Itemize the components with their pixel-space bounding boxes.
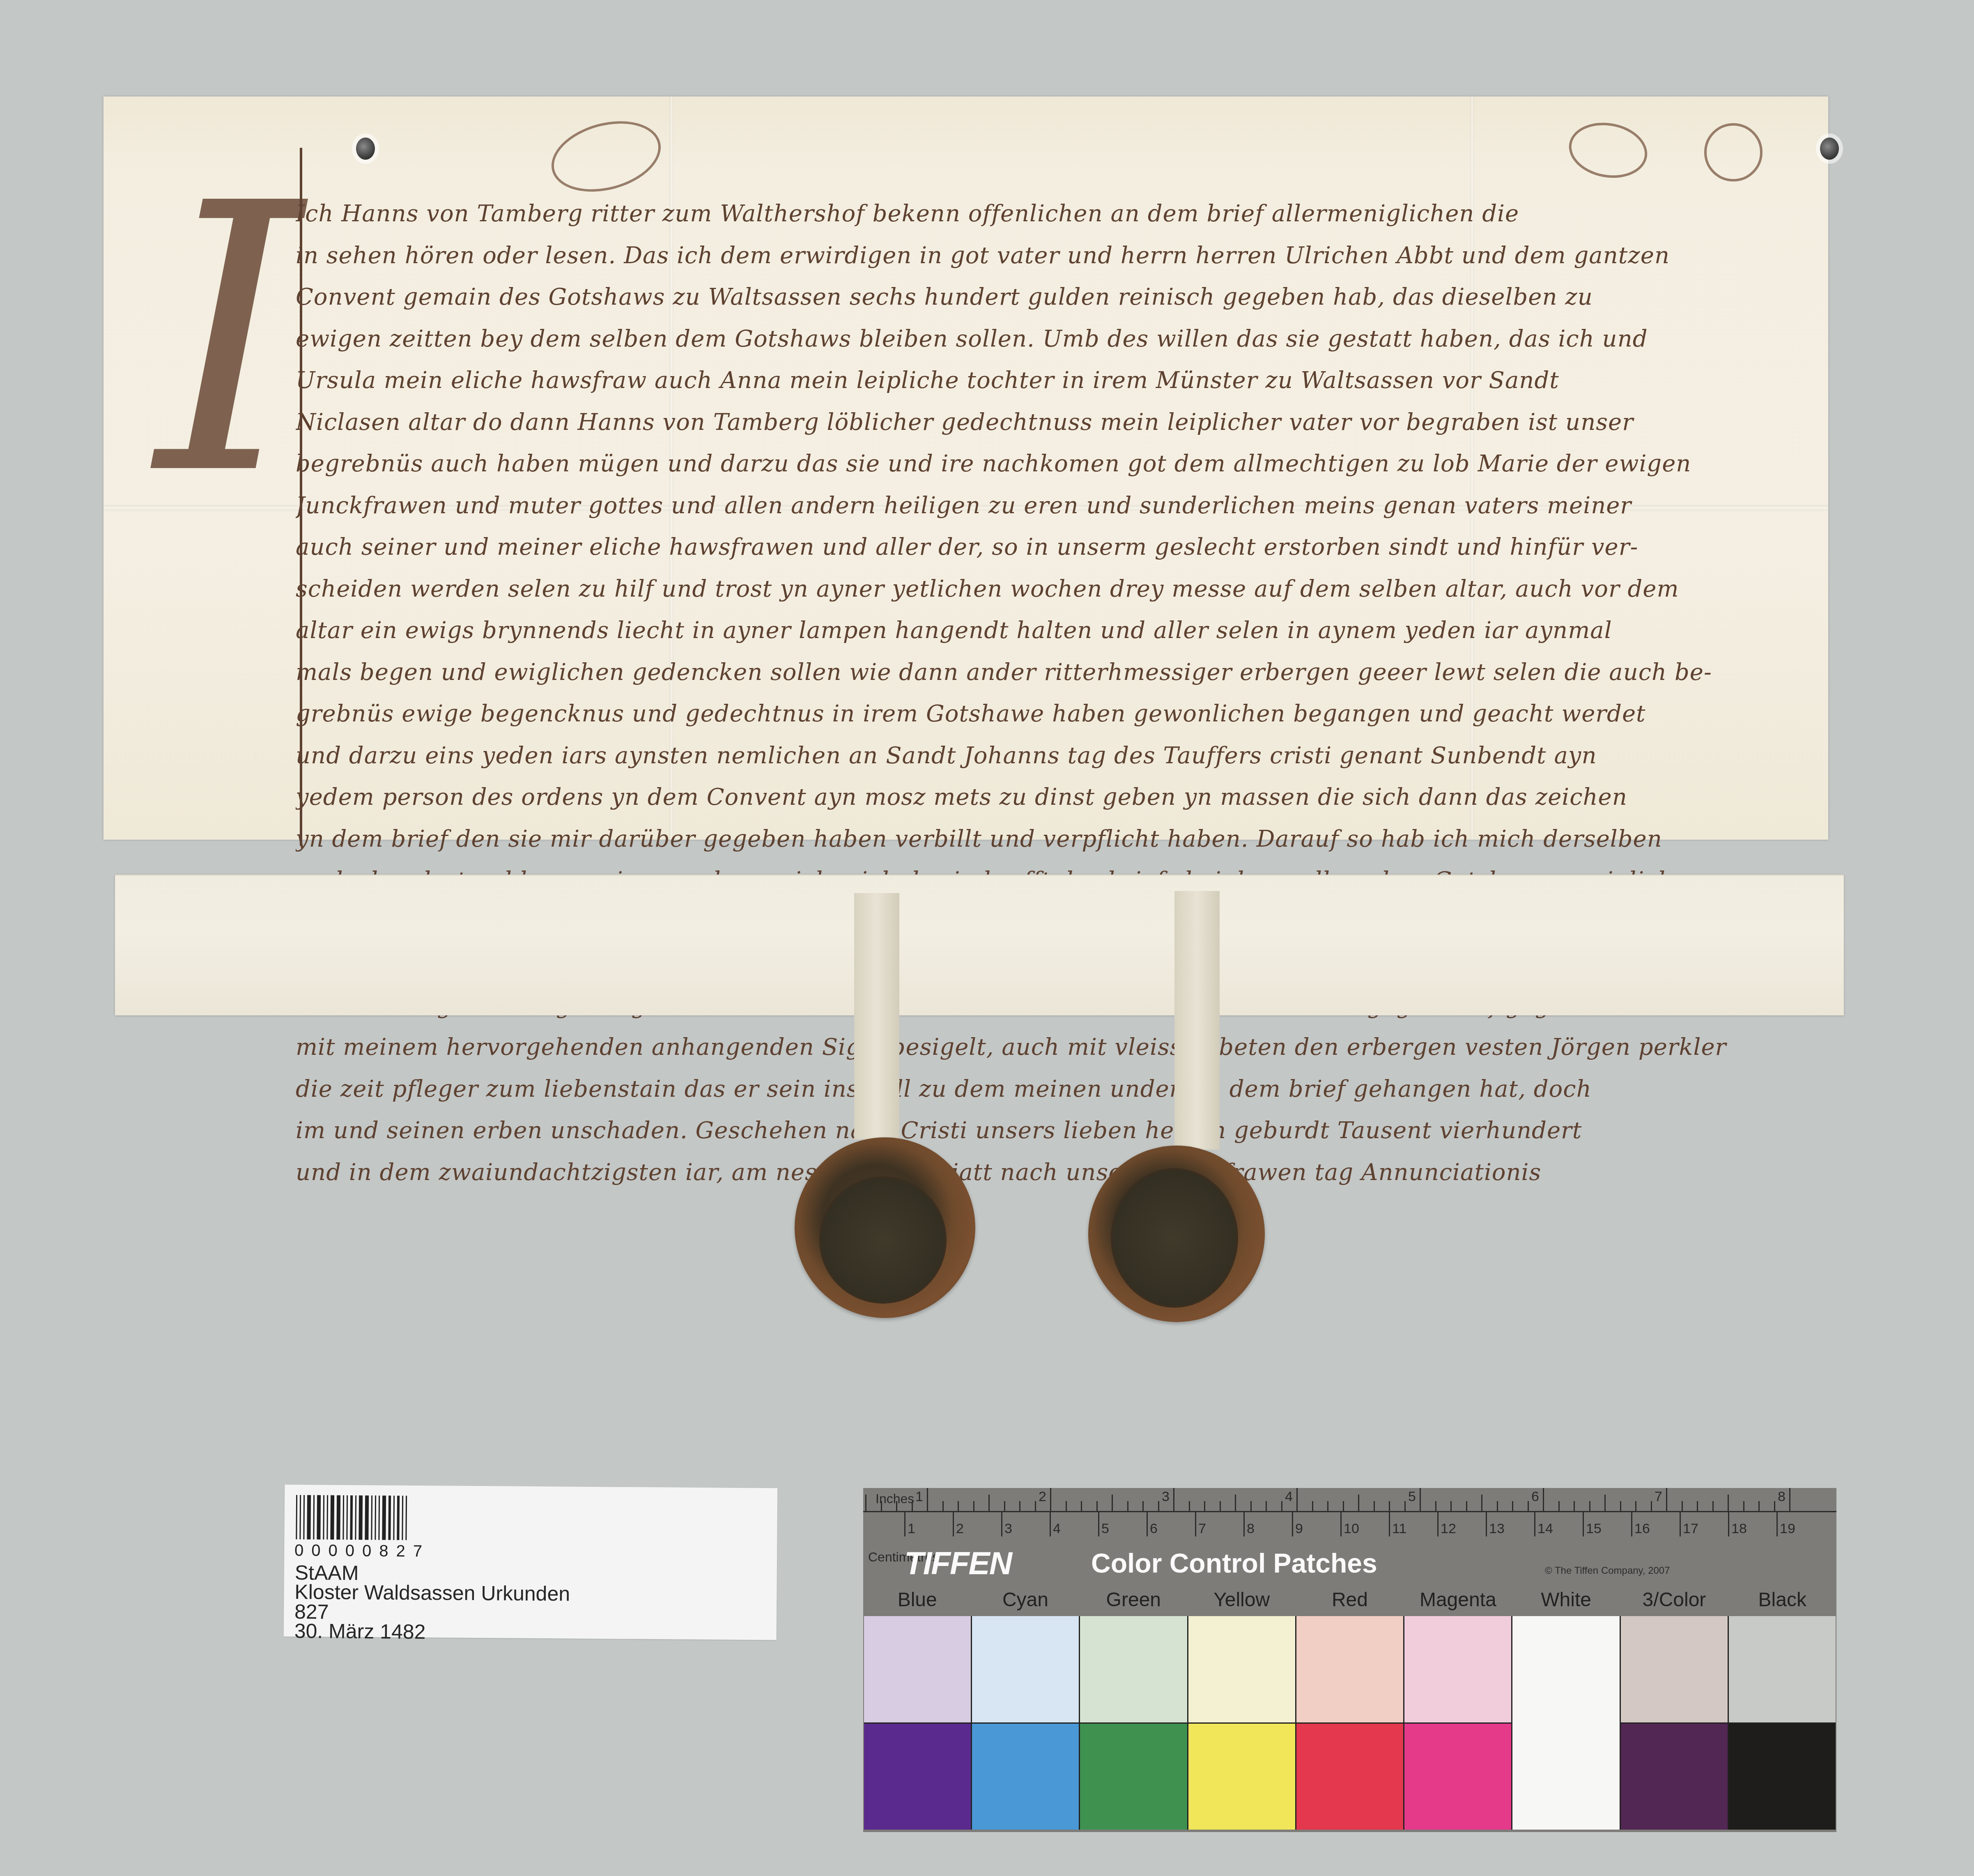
inch-tick [1789, 1488, 1790, 1511]
cm-tick [953, 1512, 954, 1536]
patch-column-red [1296, 1616, 1404, 1830]
cm-tick [1534, 1512, 1535, 1536]
patch-light [1512, 1616, 1619, 1830]
inch-tick-label: 8 [1778, 1489, 1786, 1505]
cm-tick-label: 15 [1586, 1521, 1602, 1537]
inch-tick [927, 1488, 928, 1511]
cm-tick [1243, 1512, 1245, 1536]
cm-tick-label: 19 [1780, 1521, 1795, 1537]
inch-tick [1358, 1495, 1359, 1511]
inch-tick [942, 1501, 944, 1511]
inch-tick [912, 1501, 913, 1511]
patch-column-white [1512, 1616, 1620, 1830]
patch-label-green: Green [1080, 1589, 1188, 1613]
seal-impression [819, 1176, 947, 1304]
cm-tick [1292, 1512, 1293, 1536]
ruler-baseline [863, 1511, 1836, 1512]
cm-tick [1340, 1512, 1342, 1536]
chart-title: Color Control Patches [1091, 1548, 1377, 1579]
inch-tick [1127, 1501, 1128, 1511]
patch-labels: BlueCyanGreenYellowRedMagentaWhite3/Colo… [863, 1589, 1836, 1613]
inch-tick [1296, 1488, 1298, 1511]
seal-tag-right [1174, 891, 1220, 1150]
patch-dark [1188, 1724, 1295, 1830]
cm-tick-label: 8 [1247, 1521, 1255, 1537]
inch-tick [1374, 1501, 1375, 1511]
patch-label-blue: Blue [863, 1589, 971, 1613]
barcode-bar [313, 1495, 315, 1539]
inch-tick [1327, 1501, 1328, 1511]
inch-tick [1758, 1501, 1760, 1511]
barcode-bar [346, 1495, 348, 1540]
cm-tick [1486, 1512, 1487, 1536]
patch-dark [972, 1724, 1079, 1830]
inch-tick [1543, 1488, 1544, 1511]
patch-label-magenta: Magenta [1404, 1589, 1512, 1613]
charter-text-line: und darzu eins yeden iars aynsten nemlic… [296, 735, 1786, 777]
inch-tick [1220, 1501, 1221, 1511]
barcode-bar [323, 1495, 324, 1539]
cm-tick-label: 2 [956, 1521, 964, 1537]
inch-tick [865, 1495, 866, 1511]
charter-text-line: auch seiner und meiner eliche hawsfrawen… [296, 526, 1786, 568]
inch-tick [1589, 1501, 1590, 1511]
cm-tick-label: 9 [1295, 1521, 1303, 1537]
cm-tick [1147, 1512, 1148, 1536]
seal-right [1088, 1146, 1265, 1322]
color-control-chart: Inches 123456781234567891011121314151617… [863, 1488, 1836, 1832]
tiffen-logo: TIFFEN [904, 1545, 1011, 1582]
patch-column-blue [864, 1616, 972, 1830]
cm-tick [1098, 1512, 1099, 1536]
inch-tick [1620, 1501, 1621, 1511]
inch-tick [1235, 1495, 1236, 1511]
cm-tick [1195, 1512, 1196, 1536]
inch-tick [1404, 1501, 1406, 1511]
barcode-number: 00000827 [294, 1541, 430, 1561]
inch-tick [1204, 1501, 1205, 1511]
patch-label-red: Red [1296, 1589, 1404, 1613]
charter-text-line: und in dem zwaiundachtzigsten iar, am ne… [296, 1152, 1786, 1194]
cm-tick-label: 13 [1489, 1521, 1505, 1537]
barcode-bar [303, 1495, 305, 1539]
inch-tick [896, 1501, 897, 1511]
inch-tick-label: 2 [1039, 1489, 1046, 1505]
mounting-pin-icon [356, 138, 375, 160]
inch-tick [1512, 1501, 1513, 1511]
patch-dark [1080, 1724, 1187, 1830]
barcode-bar [371, 1495, 372, 1540]
barcode-bar [299, 1495, 301, 1539]
cm-tick [1631, 1512, 1632, 1536]
barcode-bar [365, 1495, 369, 1540]
cm-tick-label: 12 [1441, 1521, 1456, 1537]
patch-column-3-color [1621, 1616, 1729, 1830]
inch-tick [1774, 1501, 1775, 1511]
inch-tick [973, 1501, 974, 1511]
inch-tick [1728, 1495, 1729, 1511]
seal-left [795, 1137, 975, 1318]
charter-text-line: altar ein ewigs brynnends liecht in ayne… [296, 610, 1786, 652]
patch-column-cyan [972, 1616, 1080, 1830]
patch-dark [1729, 1724, 1836, 1830]
patch-light [1188, 1616, 1295, 1724]
cm-tick-label: 10 [1344, 1521, 1359, 1537]
barcode-bar [393, 1496, 395, 1540]
plica-fold [115, 875, 1844, 1015]
inch-tick [1189, 1501, 1190, 1511]
inch-tick [988, 1495, 990, 1511]
cm-tick [1389, 1512, 1390, 1536]
barcode-bar [405, 1496, 407, 1540]
patch-label-3-color: 3/Color [1620, 1589, 1728, 1613]
inch-tick [1528, 1501, 1529, 1511]
inch-tick [1066, 1501, 1067, 1511]
cm-tick-label: 3 [1004, 1521, 1012, 1537]
barcode-bar [307, 1495, 311, 1539]
decorative-flourish [1704, 123, 1763, 181]
inch-tick [1604, 1495, 1606, 1511]
archive-label: 00000827 StAAM Kloster Waldsassen Urkund… [284, 1485, 778, 1640]
charter-text: Ich Hanns von Tamberg ritter zum Walther… [296, 193, 1786, 1193]
charter-text-line: Convent gemain des Gotshaws zu Waltsasse… [296, 276, 1786, 318]
inch-tick [1651, 1501, 1652, 1511]
illuminated-initial: I [156, 148, 304, 846]
patch-light [1080, 1616, 1187, 1724]
charter-text-line: im und seinen erben unschaden. Geschehen… [296, 1110, 1786, 1152]
inch-tick [1435, 1501, 1436, 1511]
cm-tick-label: 6 [1150, 1521, 1158, 1537]
inch-tick [1019, 1501, 1020, 1511]
cm-tick-label: 4 [1053, 1521, 1061, 1537]
barcode-bar [358, 1495, 363, 1540]
inch-tick [1481, 1495, 1482, 1511]
inch-tick [1497, 1501, 1498, 1511]
color-patches [864, 1616, 1836, 1830]
patch-dark [1296, 1724, 1403, 1830]
inch-tick [1558, 1501, 1560, 1511]
inch-tick [958, 1501, 959, 1511]
inch-tick [1266, 1501, 1267, 1511]
inch-tick [1035, 1501, 1036, 1511]
patch-column-yellow [1188, 1616, 1296, 1830]
inch-tick-label: 4 [1285, 1489, 1293, 1505]
inch-tick [881, 1501, 882, 1511]
cm-tick [1583, 1512, 1584, 1536]
barcode-bar [355, 1495, 356, 1540]
inch-tick-label: 6 [1531, 1489, 1539, 1505]
charter-text-line: in sehen hören oder lesen. Das ich dem e… [296, 235, 1786, 277]
inch-tick [1096, 1501, 1098, 1511]
barcode-bar [378, 1495, 380, 1540]
barcode-bar [350, 1495, 353, 1540]
cm-tick [904, 1512, 905, 1536]
charter-text-line: mit meinem hervorgehenden anhangenden Si… [296, 1026, 1786, 1068]
patch-label-black: Black [1728, 1589, 1836, 1613]
inch-tick-label: 3 [1162, 1489, 1170, 1505]
barcode-bar [375, 1495, 376, 1540]
inch-tick [1743, 1501, 1744, 1511]
cm-tick-label: 18 [1731, 1521, 1747, 1537]
inch-tick [1666, 1488, 1667, 1511]
initial-letter: I [156, 156, 302, 526]
inch-tick [1712, 1501, 1714, 1511]
document-date: 30. März 1482 [294, 1619, 426, 1644]
barcode-bar [330, 1495, 334, 1540]
barcode-bar [397, 1496, 400, 1540]
inch-tick [1281, 1501, 1282, 1511]
charter-text-line: Ursula mein eliche hawsfraw auch Anna me… [296, 360, 1786, 402]
patch-label-cyan: Cyan [971, 1589, 1079, 1613]
chart-copyright: © The Tiffen Company, 2007 [1545, 1565, 1670, 1577]
patch-column-magenta [1404, 1616, 1512, 1830]
cm-tick-label: 14 [1537, 1521, 1553, 1537]
inch-tick [1466, 1501, 1467, 1511]
patch-label-white: White [1512, 1589, 1620, 1613]
seal-tag-left [854, 893, 899, 1139]
charter-text-line: ewigen zeitten bey dem selben dem Gotsha… [296, 318, 1786, 360]
inch-tick [1173, 1488, 1174, 1511]
barcode-bar [402, 1496, 403, 1540]
inch-tick [1112, 1495, 1113, 1511]
cm-tick [1050, 1512, 1051, 1536]
cm-tick-label: 5 [1101, 1521, 1109, 1537]
collection-name: Kloster Waldsassen Urkunden [294, 1580, 570, 1606]
inch-tick [1697, 1501, 1698, 1511]
inch-tick [1682, 1501, 1683, 1511]
barcode-bar [326, 1495, 328, 1540]
charter-text-line: mals begen und ewiglichen gedencken soll… [296, 652, 1786, 693]
charter-text-line: scheiden werden selen zu hilf und trost … [296, 568, 1786, 610]
inch-tick [1343, 1501, 1344, 1511]
patch-light [972, 1616, 1079, 1724]
cm-tick-label: 1 [908, 1521, 915, 1537]
inch-tick [1389, 1501, 1390, 1511]
inch-tick [1250, 1501, 1252, 1511]
inch-tick [1574, 1501, 1575, 1511]
inch-tick [1050, 1488, 1051, 1511]
charter-text-line: die zeit pfleger zum liebenstain das er … [296, 1068, 1786, 1110]
inch-tick [1081, 1501, 1082, 1511]
cm-tick-label: 11 [1392, 1521, 1406, 1537]
barcode-bar [342, 1495, 344, 1540]
charter-text-line: begrebnüs auch haben mügen und darzu das… [296, 443, 1786, 485]
cm-tick [1680, 1512, 1681, 1536]
patch-column-black [1729, 1616, 1836, 1830]
patch-light [1729, 1616, 1836, 1724]
patch-light [864, 1616, 971, 1724]
ruler: Inches 123456781234567891011121314151617… [863, 1488, 1836, 1554]
charter-text-line: Ich Hanns von Tamberg ritter zum Walther… [296, 193, 1786, 235]
barcode-bar [388, 1496, 391, 1540]
cm-tick [1001, 1512, 1002, 1536]
inch-tick [1312, 1501, 1313, 1511]
charter-text-line: yedem person des ordens yn dem Convent a… [296, 776, 1786, 818]
charter-text-line: Niclasen altar do dann Hanns von Tamberg… [296, 402, 1786, 443]
inch-tick [1635, 1501, 1636, 1511]
inch-tick-label: 7 [1655, 1489, 1662, 1505]
patch-dark [1404, 1724, 1511, 1830]
charter-text-line: Junckfrawen und muter gottes und allen a… [296, 485, 1786, 527]
patch-light [1404, 1616, 1511, 1724]
inch-tick [1420, 1488, 1421, 1511]
cm-tick-label: 17 [1683, 1521, 1698, 1537]
seal-impression [1111, 1168, 1238, 1308]
patch-light [1621, 1616, 1728, 1724]
barcode-bar [296, 1495, 297, 1539]
inch-tick-label: 5 [1408, 1489, 1416, 1505]
charter-text-line: grebnüs ewige begencknus und gedechtnus … [296, 693, 1786, 735]
inch-tick [1450, 1501, 1452, 1511]
barcode-bar [336, 1495, 340, 1540]
cm-tick [1437, 1512, 1439, 1536]
patch-light [1296, 1616, 1403, 1724]
inch-tick [1004, 1501, 1005, 1511]
mounting-pin-icon [1820, 138, 1839, 160]
barcode-icon [296, 1495, 409, 1540]
patch-column-green [1080, 1616, 1188, 1830]
inch-tick [1142, 1501, 1144, 1511]
patch-label-yellow: Yellow [1188, 1589, 1296, 1613]
barcode-bar [382, 1495, 386, 1540]
cm-tick [1776, 1512, 1778, 1536]
patch-dark [864, 1724, 971, 1830]
patch-dark [1621, 1724, 1728, 1830]
cm-tick-label: 7 [1198, 1521, 1206, 1537]
inch-tick [1158, 1501, 1159, 1511]
barcode-bar [317, 1495, 321, 1539]
inch-tick-label: 1 [915, 1489, 923, 1505]
cm-tick [1728, 1512, 1729, 1536]
cm-tick-label: 16 [1634, 1521, 1650, 1537]
charter-text-line: yn dem brief den sie mir darüber gegeben… [296, 818, 1786, 860]
